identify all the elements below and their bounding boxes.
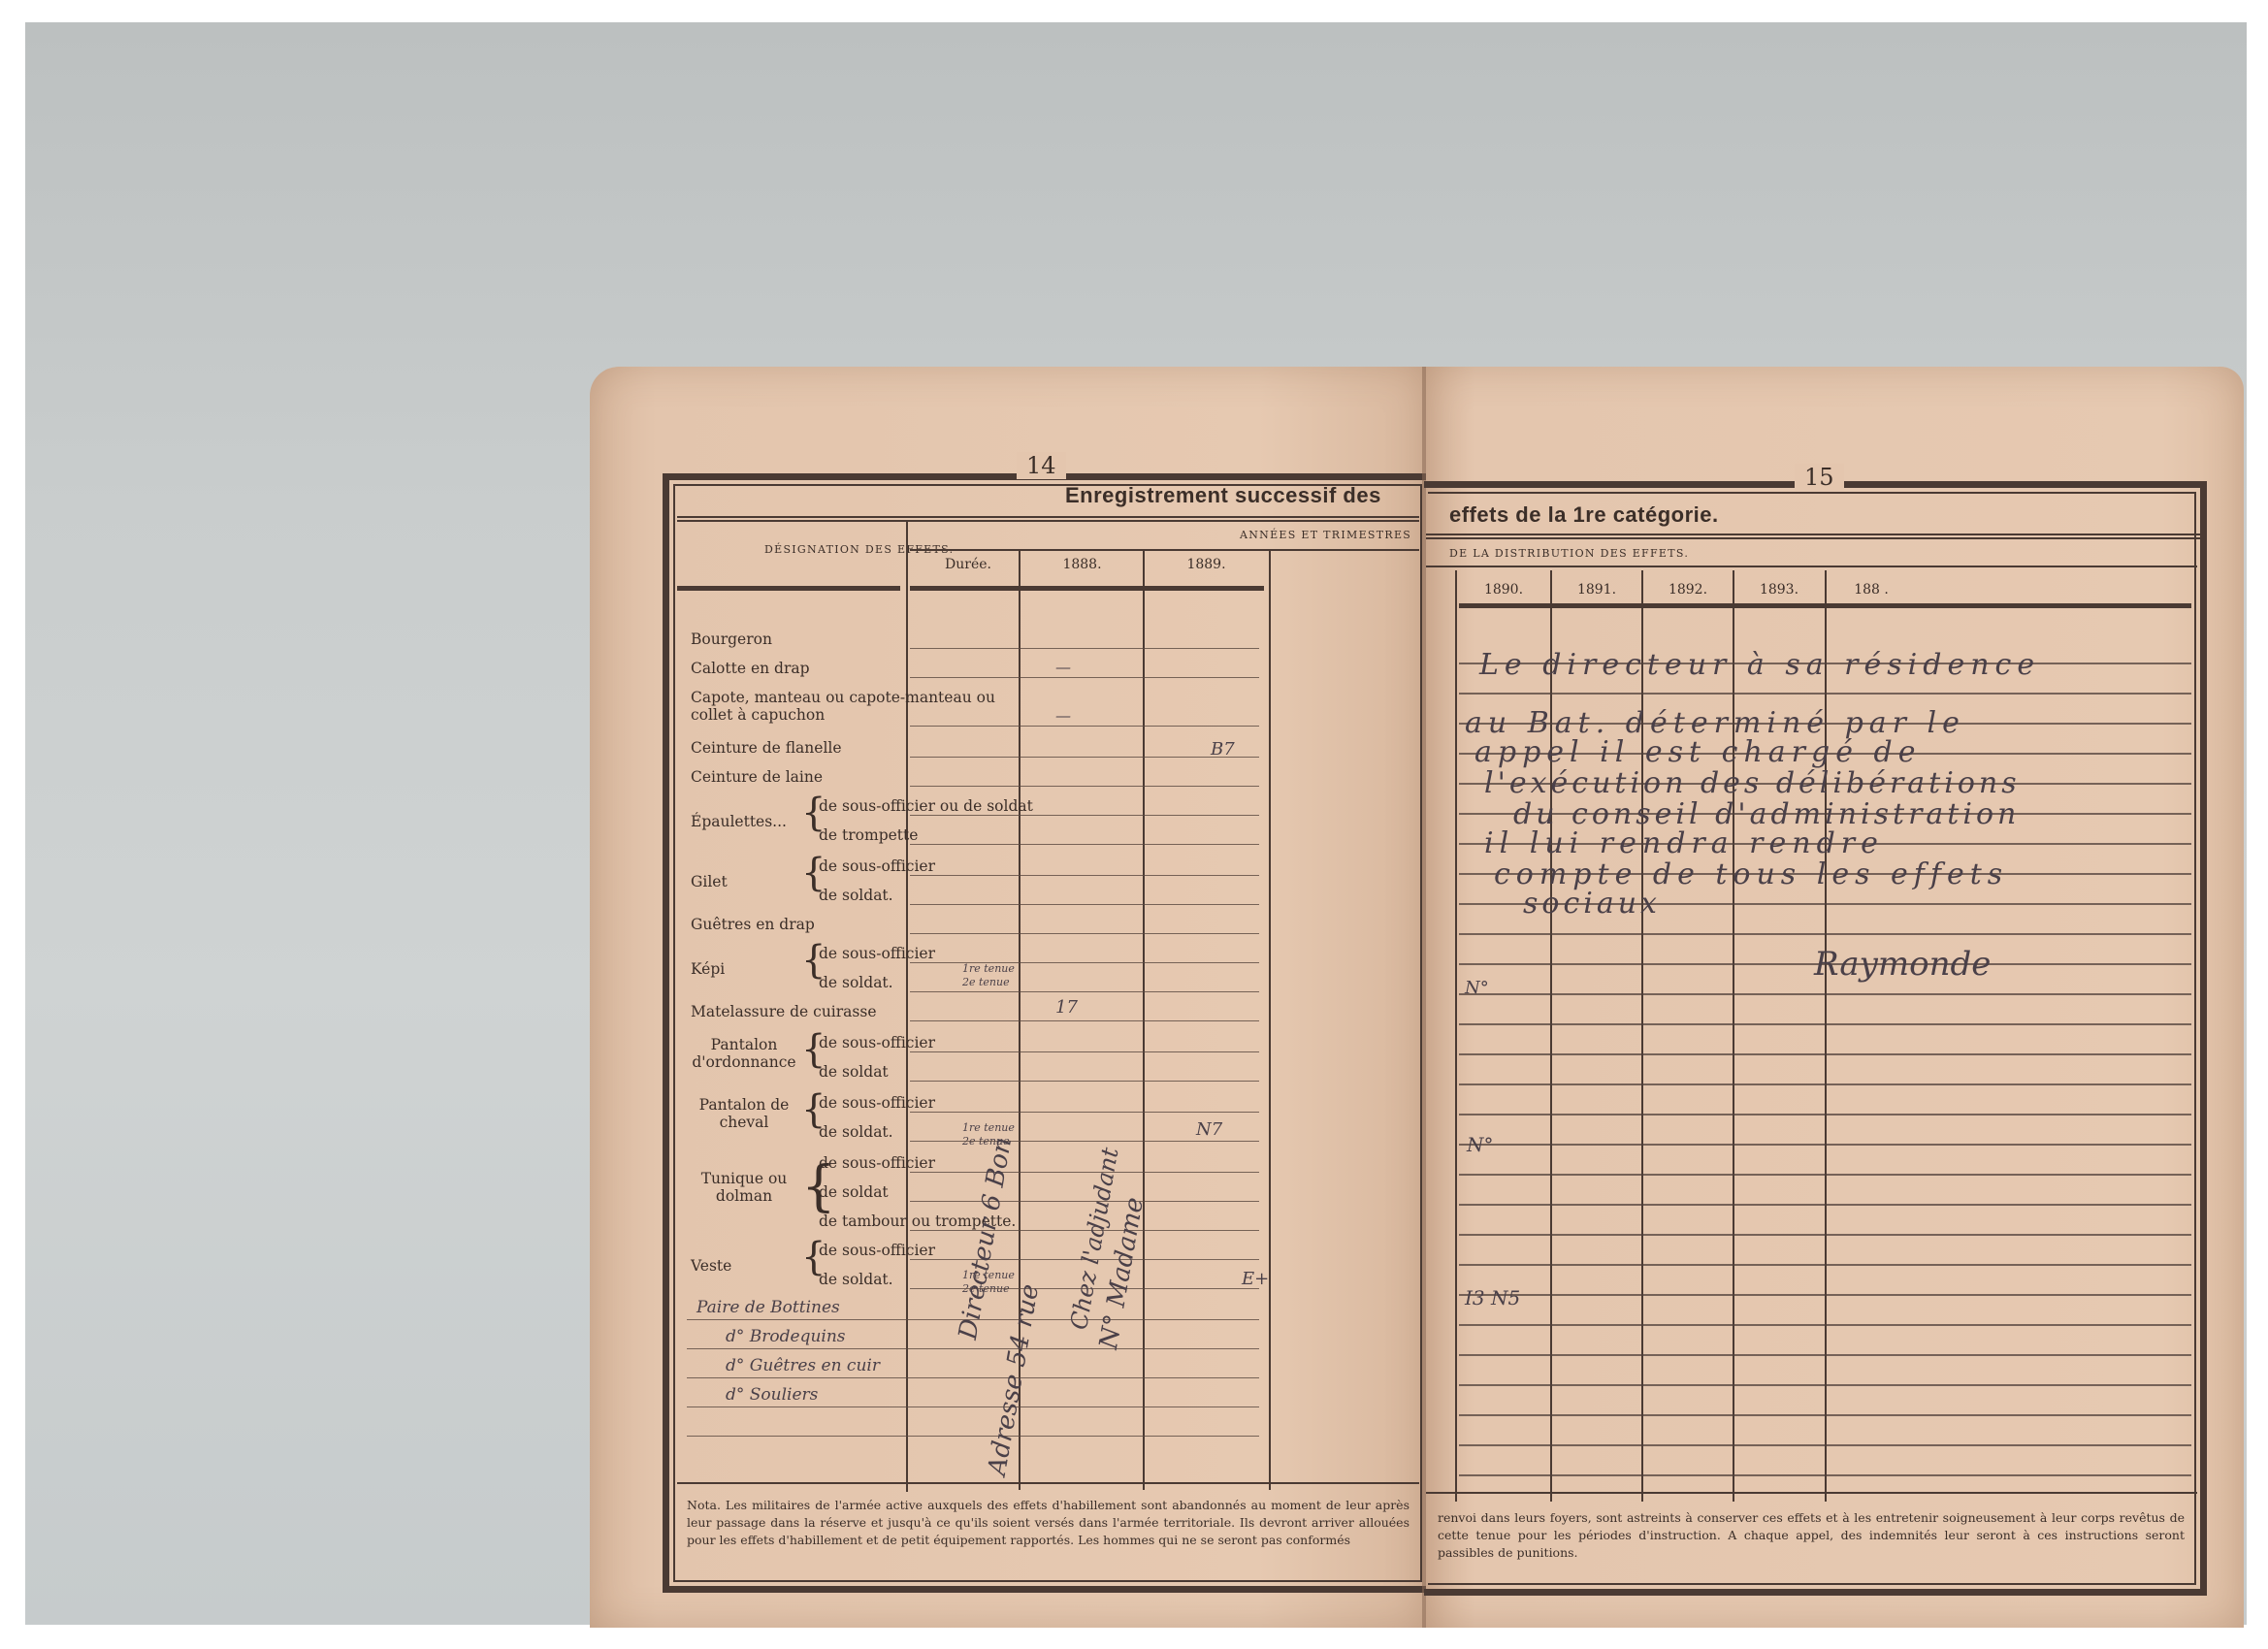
sub-item: de trompette (819, 826, 918, 844)
footnote: renvoi dans leurs foyers, sont astreints… (1438, 1509, 2185, 1562)
handwritten-item: d° Guêtres en cuir (726, 1356, 880, 1375)
item-kepi: Képi (691, 960, 725, 978)
sub-item: de soldat. (819, 1271, 893, 1288)
margin-mark: N° (1467, 1133, 1494, 1156)
sub-item: de soldat. (819, 1123, 893, 1141)
handwritten-line: appel il est chargé de (1474, 735, 1921, 769)
mark-calotte: — (1055, 658, 1071, 676)
sub-item: de soldat. (819, 974, 893, 991)
tenue-note: 1re tenue (962, 962, 1015, 975)
column-1893: 1893. (1736, 582, 1822, 598)
distribution-header: DE LA DISTRIBUTION DES EFFETS. (1449, 547, 1689, 560)
handwritten-item: Paire de Bottines (697, 1298, 840, 1317)
page-title: effets de la 1re catégorie. (1449, 502, 1719, 528)
signature: Raymonde (1814, 945, 1991, 984)
page-15: 15 effets de la 1re catégorie. DE LA DIS… (1426, 367, 2244, 1628)
sub-item: de sous-officier (819, 945, 935, 962)
column-1892: 1892. (1645, 582, 1731, 598)
item-calotte: Calotte en drap (691, 660, 810, 677)
column-1890: 1890. (1461, 582, 1546, 598)
item-ceinture-flanelle: Ceinture de flanelle (691, 739, 842, 757)
handwritten-line: l'exécution des délibérations (1484, 766, 2021, 800)
item-pantalon-ordonnance: Pantalon d'ordonnance (691, 1036, 797, 1071)
item-bourgeron: Bourgeron (691, 630, 772, 648)
handwritten-item: d° Brodequins (726, 1327, 846, 1346)
open-booklet: 14 Enregistrement successif des DÉSIGNAT… (590, 367, 2244, 1628)
page-14: 14 Enregistrement successif des DÉSIGNAT… (590, 367, 1426, 1628)
column-duree: Durée. (920, 557, 1017, 572)
handwritten-line: il lui rendra rendre (1484, 826, 1884, 860)
item-epaulettes: Épaulettes... (691, 813, 787, 830)
handwritten-line: Le directeur à sa résidence (1479, 648, 2040, 682)
margin-mark: I3 N5 (1465, 1286, 1520, 1309)
mark-capote: — (1055, 706, 1071, 725)
item-gilet: Gilet (691, 873, 728, 890)
page-title: Enregistrement successif des (1065, 483, 1381, 508)
sub-item: de soldat. (819, 887, 893, 904)
column-188x: 188 . (1829, 582, 1914, 598)
mark-kepi: 17 (1055, 997, 1078, 1018)
item-guetres: Guêtres en drap (691, 916, 815, 933)
tenue-note: 2e tenue (962, 976, 1010, 988)
item-capote: Capote, manteau ou capote-manteau ou col… (691, 689, 1021, 724)
mark-veste: E+ (1242, 1269, 1269, 1289)
tenue-note: 1re tenue (962, 1121, 1015, 1134)
page-number: 14 (1017, 452, 1066, 479)
item-veste: Veste (691, 1257, 731, 1275)
margin-mark: N° (1465, 978, 1489, 998)
handwritten-item: d° Souliers (726, 1385, 818, 1405)
mark-ceinture-flanelle: B7 (1211, 739, 1235, 760)
item-tunique: Tunique ou dolman (691, 1170, 797, 1205)
handwritten-line: sociaux (1523, 887, 1661, 921)
sub-item: de soldat (819, 1063, 889, 1081)
item-ceinture-laine: Ceinture de laine (691, 768, 823, 786)
column-1888: 1888. (1026, 557, 1138, 572)
sub-item: de sous-officier (819, 1154, 935, 1172)
column-1889: 1889. (1150, 557, 1262, 572)
footnote: Nota. Les militaires de l'armée active a… (687, 1497, 1409, 1549)
sub-item: de sous-officier (819, 1242, 935, 1259)
sub-item: de sous-officier (819, 1094, 935, 1112)
sub-item: de soldat (819, 1183, 889, 1201)
sub-item: de sous-officier (819, 1034, 935, 1051)
page-frame (663, 473, 1433, 1593)
item-matelassure: Matelassure de cuirasse (691, 1003, 877, 1020)
item-pantalon-cheval: Pantalon de cheval (691, 1096, 797, 1131)
years-header: ANNÉES ET TRIMESTRES (1240, 529, 1411, 541)
column-1891: 1891. (1554, 582, 1639, 598)
sub-item: de sous-officier ou de soldat (819, 797, 1033, 815)
sub-item: de sous-officier (819, 857, 935, 875)
page-number: 15 (1795, 464, 1844, 491)
mark-pantalon-cheval: N7 (1196, 1119, 1222, 1140)
